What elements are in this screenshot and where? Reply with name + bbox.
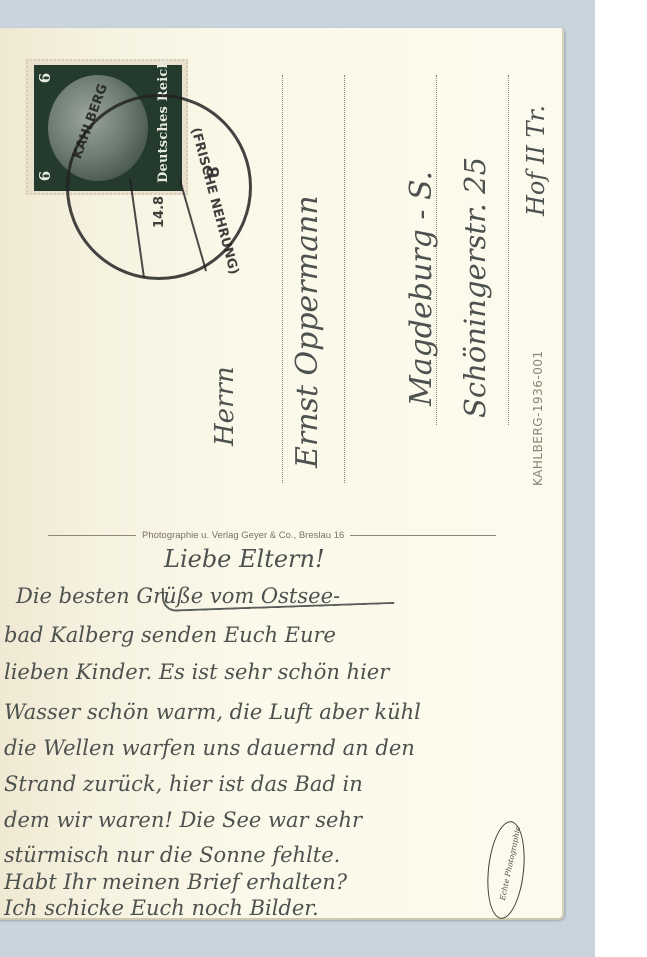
address-street: Schöningerstr. 25 xyxy=(458,157,492,418)
address-salutation: Herrn xyxy=(210,366,240,446)
address-floor: Hof II Tr. xyxy=(522,105,550,216)
message-line: Strand zurück, hier ist das Bad in xyxy=(4,772,363,796)
message-line: Die besten Grüße vom Ostsee- xyxy=(16,584,340,608)
divider-rule-right xyxy=(350,535,496,536)
message-line: dem wir waren! Die See war sehr xyxy=(4,808,362,832)
stamp-value-bottom: 6 xyxy=(36,171,54,181)
address-city: Magdeburg - S. xyxy=(404,171,439,406)
message-line: lieben Kinder. Es ist sehr schön hier xyxy=(4,660,389,684)
message-line: die Wellen warfen uns dauernd an den xyxy=(4,736,415,760)
photo-authenticity-stamp: Echte Photographie xyxy=(483,819,529,920)
publisher-line: Photographie u. Verlag Geyer & Co., Bres… xyxy=(142,530,344,541)
stamp-value-top: 6 xyxy=(36,73,54,83)
publisher-divider: Photographie u. Verlag Geyer & Co., Bres… xyxy=(48,528,496,542)
message-greeting: Liebe Eltern! xyxy=(164,545,325,573)
address-line-4 xyxy=(508,75,509,425)
archive-note: KAHLBERG-1936-001 xyxy=(531,350,545,486)
photo-stamp-text: Echte Photographie xyxy=(498,825,523,901)
address-line-1 xyxy=(282,75,283,483)
message-line: Habt Ihr meinen Brief erhalten? xyxy=(4,870,347,894)
message-line: Ich schicke Euch noch Bilder. xyxy=(4,896,319,920)
address-name: Ernst Oppermann xyxy=(290,195,325,468)
message-line: stürmisch nur die Sonne fehlte. xyxy=(4,843,340,867)
postmark-date: 14.8 xyxy=(152,196,167,228)
divider-rule-left xyxy=(48,535,136,536)
message-line: Wasser schön warm, die Luft aber kühl xyxy=(4,700,421,724)
postcard: 6 6 Deutsches Reich KAHLBERG (FRISCHE NE… xyxy=(0,28,564,920)
address-line-2 xyxy=(344,75,345,483)
postmark-hour: 8 xyxy=(204,166,224,178)
message-line: bad Kalberg senden Euch Eure xyxy=(4,623,336,647)
